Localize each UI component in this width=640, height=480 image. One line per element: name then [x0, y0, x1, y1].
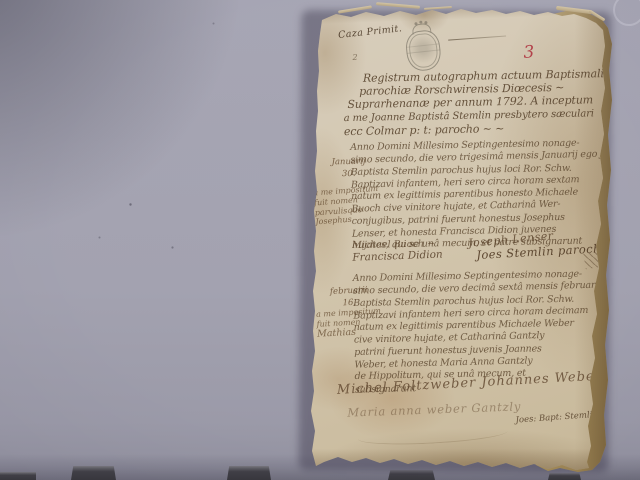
scanner-bed: Caza Primit. 2 3 Registrum autographum a…: [0, 0, 640, 480]
film-clip: [388, 470, 435, 480]
revenue-stamp-icon: [404, 29, 442, 72]
water-ring-mark: [613, 0, 640, 26]
film-clip: [548, 473, 581, 480]
paper-fiber: [376, 2, 420, 9]
register-title: Registrum autographum actuum Baptismaliu…: [363, 67, 623, 138]
folio-number-red: 3: [523, 42, 535, 63]
dust-specks: [0, 0, 1, 1]
pen-swirl-flourish: [357, 422, 508, 447]
film-clip: [227, 466, 271, 480]
manuscript-page: Caza Primit. 2 3 Registrum autographum a…: [296, 6, 616, 472]
corner-note-numeral: 2: [352, 53, 357, 62]
film-clip: [0, 472, 36, 480]
corner-archival-note: Caza Primit.: [338, 23, 403, 41]
signature-witness: Maria anna weber Gantzly: [347, 399, 521, 419]
paper-fiber: [424, 6, 452, 10]
film-clip: [71, 466, 116, 480]
pen-flourish-line: [448, 35, 506, 41]
ink-layer: Caza Primit. 2 3 Registrum autographum a…: [292, 3, 621, 475]
signature-witness: Francisca Didion: [352, 248, 443, 263]
